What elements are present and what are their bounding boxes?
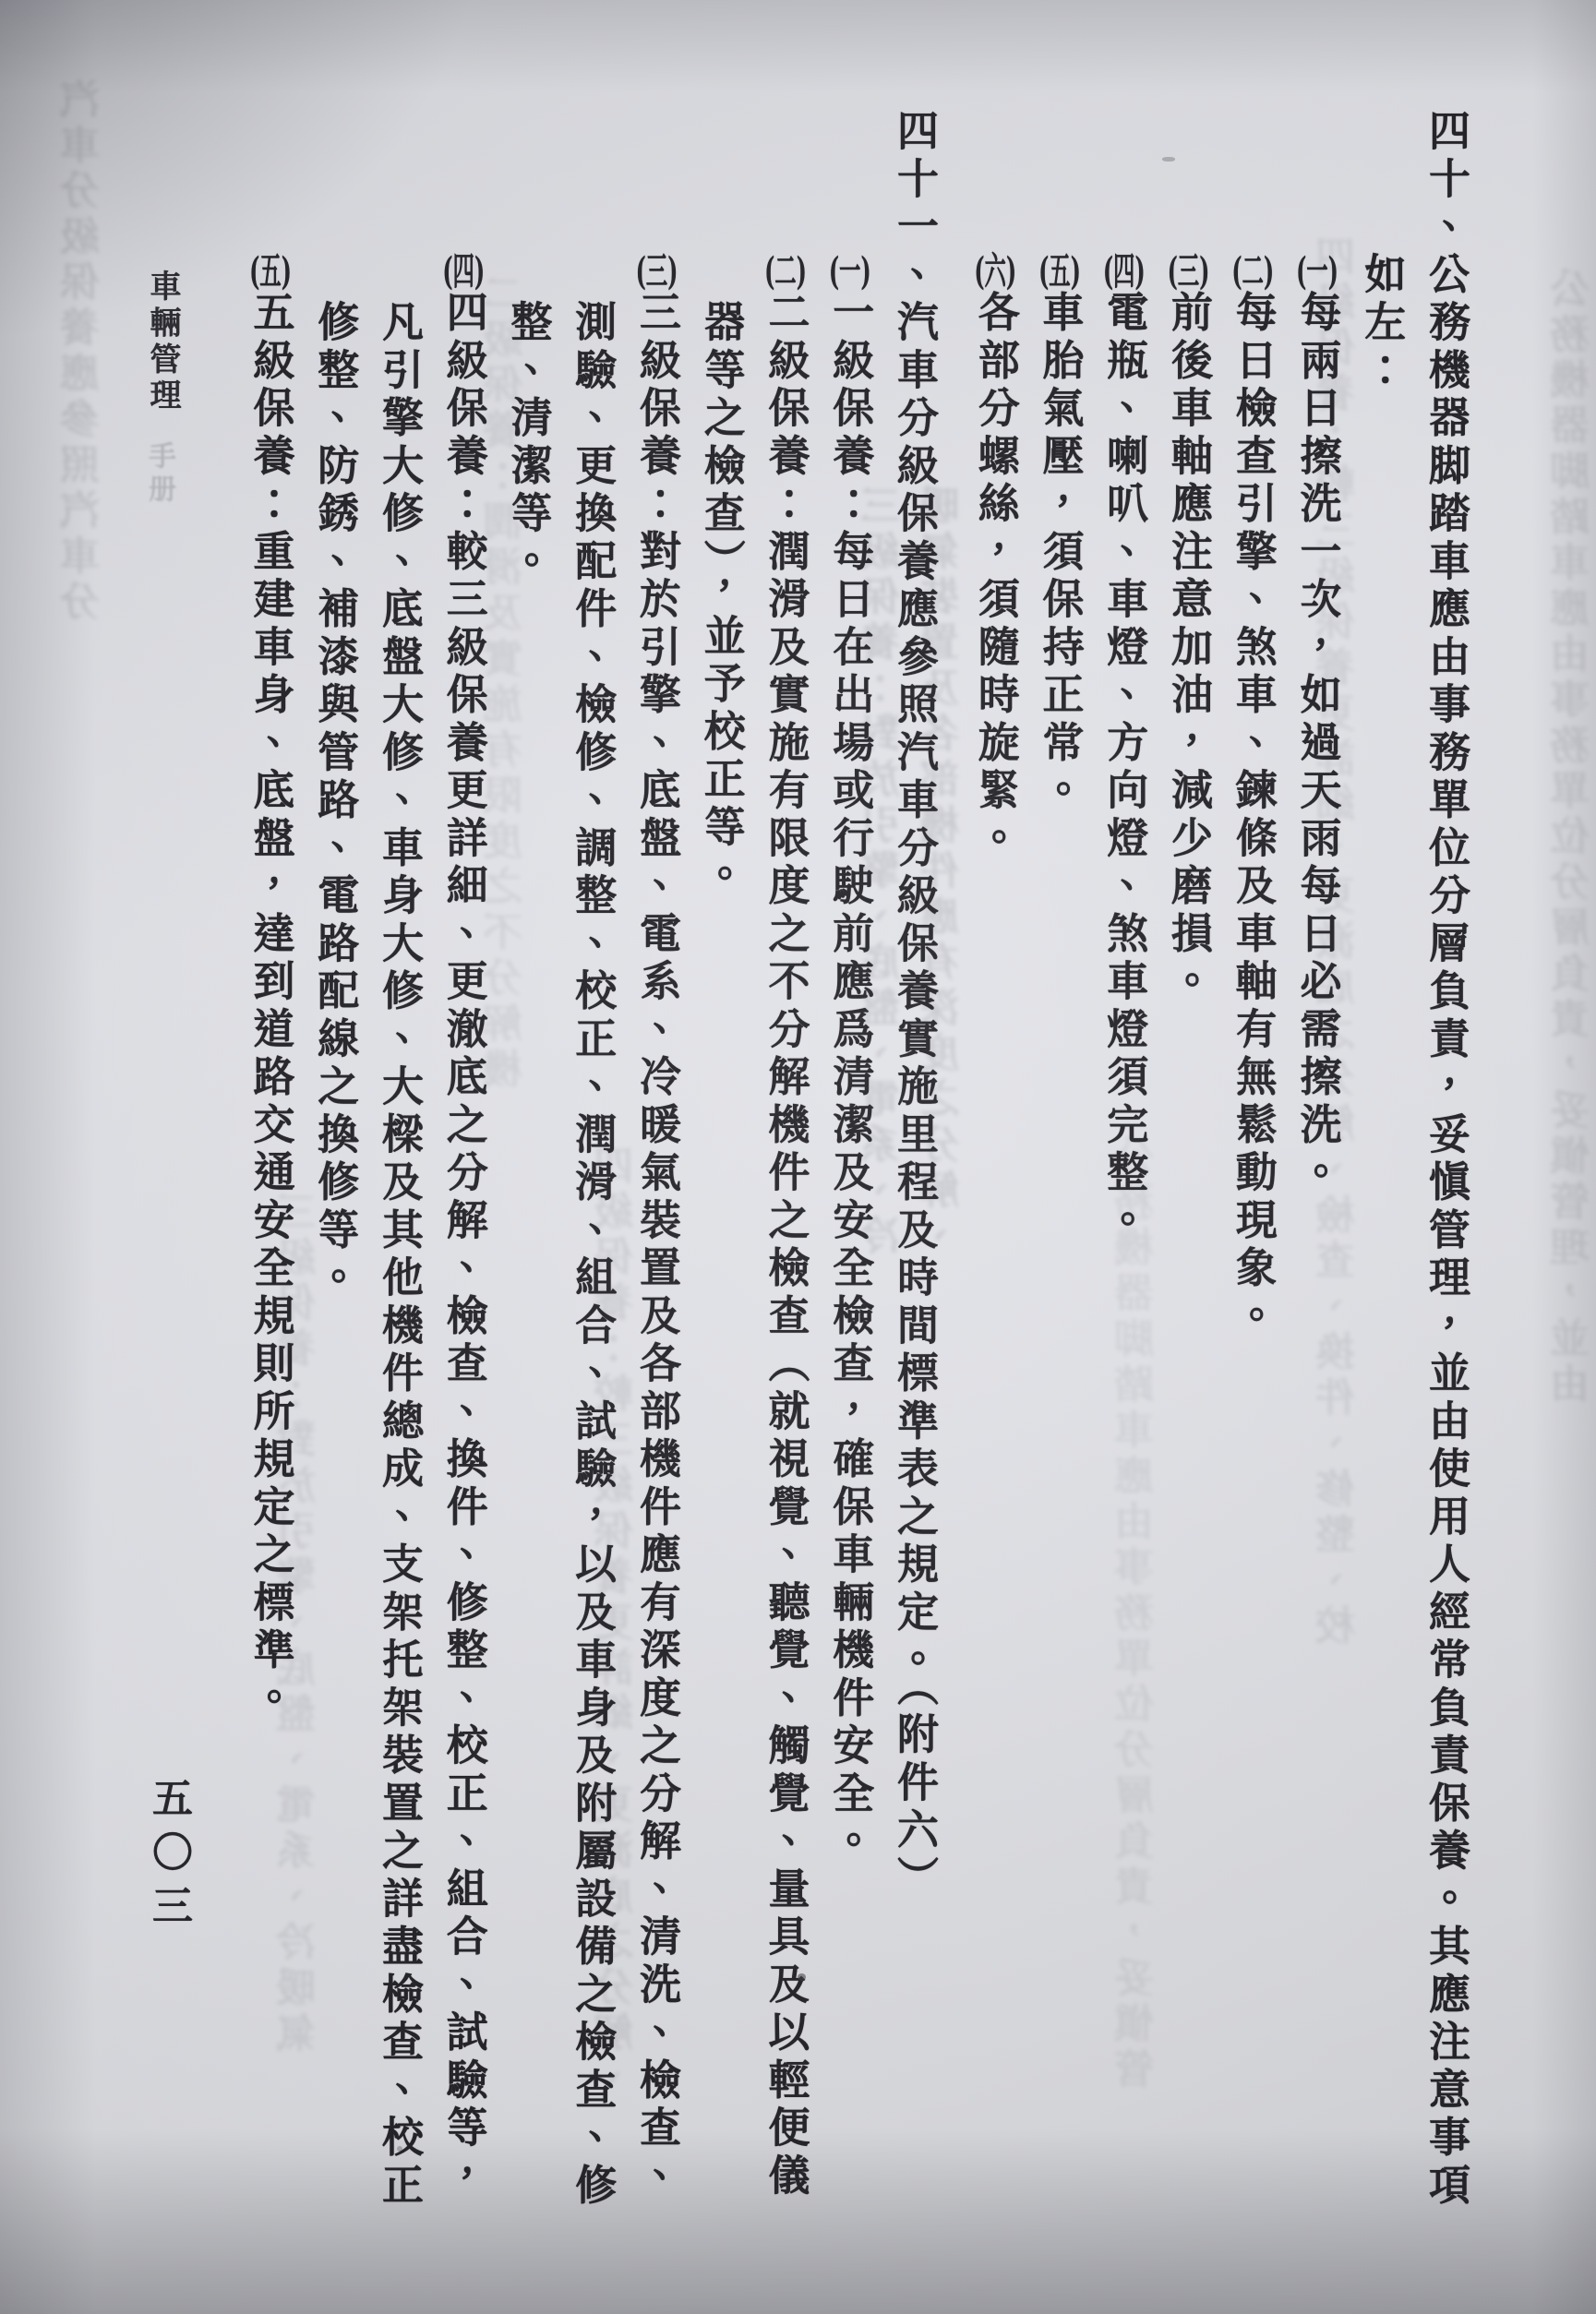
item-40: 四十、公務機器脚踏車應由事務單位分層負責，妥愼管理，並由使用人經常負責保養。其應… [963,109,1478,2224]
sub-text: 各部分螺絲，須隨時旋緊。 [971,291,1020,864]
item-40-sub-3: (三)前後車軸應注意加油，減少磨損。 [1156,109,1220,2224]
item-41-intro-text: 汽車分級保養應參照汽車分級保養實施里程及時間標準表之規定。（附件六） [890,300,939,1903]
item-40-heading: 四十、公務機器脚踏車應由事務單位分層負責，妥愼管理，並由使用人經常負責保養。其應… [1350,109,1479,2224]
sub-text: 五級保養：重建車身、底盤，達到道路交通安全規則所規定之標準。 [246,291,295,1724]
item-40-sub-4: (四)電瓶、喇叭、車燈、方向燈、煞車燈須完整。 [1092,109,1157,2224]
sub-text: 每日檢查引擎、煞車、鍊條及車軸有無鬆動現象。 [1229,291,1278,1342]
sub-text: 車胎氣壓，須保持正常。 [1036,291,1085,816]
sub-text: 一級保養：每日在出場或行駛前應爲清潔及安全檢查，確保車輛機件安全。 [825,291,874,1867]
sub-marker: (三) [634,252,679,290]
scanned-page: 四級保養：較三級保養更詳細、更澈底之分解、檢查、換件、修整、校正、組合、試驗等，… [0,0,1596,2314]
item-40-sub-5: (五)車胎氣壓，須保持正常。 [1027,109,1092,2224]
sub-marker: (四) [1101,252,1146,290]
item-40-sub-2: (二)每日檢查引擎、煞車、鍊條及車軸有無鬆動現象。 [1220,109,1285,2224]
scan-speck [1162,157,1175,162]
item-41-sub-1: (一)一級保養：每日在出場或行駛前應爲清潔及安全檢查，確保車輛機件安全。 [818,109,882,2224]
item-40-sub-1: (一)每兩日擦洗一次，如過天雨每日必需擦洗。 [1285,109,1350,2224]
sub-marker: (三) [1166,252,1211,290]
bleedthrough-column: 公務機器脚踏車應由事務單位分層負責，妥愼管理，並由使用人經常負責保養。其應注意事… [1543,268,1590,1421]
scan-speck [397,2146,402,2152]
margin-chapter-label-faint: 手册 [138,441,179,508]
sub-text: 前後車軸應注意加油，減少磨損。 [1164,291,1213,1007]
sub-marker: (五) [1038,252,1083,290]
item-41-sub-3: (三)三級保養：對於引擎、底盤、電系、冷暖氣裝置及各部機件應有深度之分解、清洗、… [496,109,689,2224]
sub-text: 電瓶、喇叭、車燈、方向燈、煞車燈須完整。 [1099,291,1148,1246]
item-41-sub-5: (五)五級保養：重建車身、底盤，達到道路交通安全規則所規定之標準。 [238,109,303,2224]
item-40-number: 四十、 [1422,109,1470,252]
item-41-heading: 四十一、汽車分級保養應參照汽車分級保養實施里程及時間標準表之規定。（附件六） [882,109,946,2224]
item-41-number: 四十一、 [890,109,939,300]
sub-marker: (一) [827,252,872,290]
sub-marker: (四) [441,252,486,290]
sub-text: 四級保養：較三級保養更詳細、更澈底之分解、檢查、換件、修整、校正、組合、試驗等，… [310,291,488,2211]
item-41-sub-4: (四)四級保養：較三級保養更詳細、更澈底之分解、檢查、換件、修整、校正、組合、試… [303,109,496,2224]
sub-marker: (六) [973,252,1018,290]
sub-text: 三級保養：對於引擎、底盤、電系、冷暖氣裝置及各部機件應有深度之分解、清洗、檢查、… [504,291,682,2211]
item-41-sub-2: (二)二級保養：潤滑及實施有限度之不分解機件之檢查（就視覺、聽覺、觸覺、量具及以… [689,109,818,2224]
sub-text: 每兩日擦洗一次，如過天雨每日必需擦洗。 [1293,291,1342,1198]
margin-chapter-label: 車輛管理 [140,270,186,415]
item-40-intro-text: 公務機器脚踏車應由事務單位分層負責，妥愼管理，並由使用人經常負責保養。其應注意事… [1357,252,1470,2211]
sub-marker: (一) [1295,252,1340,290]
scan-speck [798,1973,806,1981]
item-41: 四十一、汽車分級保養應參照汽車分級保養實施里程及時間標準表之規定。（附件六） (… [238,109,946,2224]
sub-marker: (五) [248,252,294,290]
item-40-sub-6: (六)各部分螺絲，須隨時旋緊。 [963,109,1027,2224]
sub-text: 二級保養：潤滑及實施有限度之不分解機件之檢查（就視覺、聽覺、觸覺、量具及以輕便儀… [697,291,810,2201]
page-number: 五〇三 [138,1777,198,1937]
document-body: 四十、公務機器脚踏車應由事務單位分層負責，妥愼管理，並由使用人經常負責保養。其應… [238,109,1478,2224]
bleedthrough-column: 汽車分級保養應參照汽車分級保養實施里程及時間標準表之規定。（附件六） [54,78,111,669]
sub-marker: (二) [1230,252,1276,290]
sub-marker: (二) [763,252,809,290]
